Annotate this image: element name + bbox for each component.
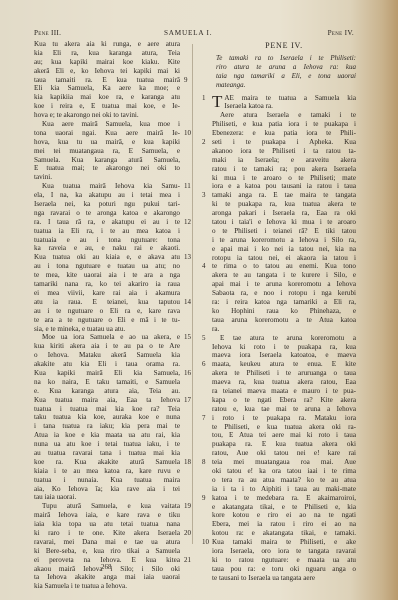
text-line: tuatuaia e au i tona ngutuare: tona	[34, 236, 180, 245]
verse-number: 13	[184, 253, 191, 262]
text-line: nga ravarai o te aronga katoa e akarongo	[34, 209, 180, 218]
verse-number: 5	[202, 334, 206, 343]
line-text: akanoo iora te Philiseti i ta ratou ta-	[212, 147, 356, 155]
line-text: nga ravarai o te aronga katoa e akarongo	[34, 209, 180, 217]
line-text: te rima o to tatou au enemi. Kua tono	[212, 262, 356, 270]
verse-number: 2	[202, 138, 206, 147]
line-text: e apai mai i ko nei ia tatou nei, kia na	[212, 245, 356, 253]
line-text: taua pou ra: e toru oki nguaru anga o	[212, 565, 356, 573]
text-line: Kua tu akera aia ki runga, e aere atura	[34, 40, 180, 49]
line-text: ia i ta i to Aiphiti i taua au maki-mate	[212, 485, 356, 493]
line-text: ko Hophini raua ko Phinehaza, e	[212, 307, 356, 315]
text-line: ra.	[212, 325, 356, 334]
line-text: ratou e, kua tae mai te aruna a Iehova	[212, 405, 356, 413]
line-text: ratou i te tamaki ra; pou akera Iseraela	[212, 165, 356, 173]
text-line: aronga pakari i Iseraela ra, Eaa ra oki	[212, 209, 356, 218]
opening-line: AE maira te tuatua a Samuela kia1	[212, 94, 356, 103]
text-line: te Philiseti, e kua tuatua akera oki ra-	[212, 423, 356, 432]
line-text: ravarai, mei Dana mai e tae ua atura	[34, 538, 180, 546]
line-text: i tana tuatua ra iaku; kia pera mai te	[34, 422, 180, 430]
text-line: apai mai i te aruna koreromotu a Iehova	[212, 280, 356, 289]
line-text: koe ra. Kua akakite aturā Samuela	[34, 458, 180, 466]
line-text: Kua aere mairā Samuela, kua moe i	[42, 120, 180, 128]
line-text: kotou ra: e akatangata tikai, e tamaki.	[212, 529, 356, 537]
verse-number: 12	[184, 218, 191, 227]
text-line: ratou e, kua tae mai te aruna a Iehova	[212, 405, 356, 414]
text-line: o te Philiseti i teianei rā? E tiki tato…	[212, 227, 356, 236]
verse-number: 15	[184, 333, 191, 342]
text-line: ra teianei maeva maata e mauro i te pua-	[212, 387, 356, 396]
line-text: Kua tu akera aia ki runga, e aere atura	[34, 40, 180, 48]
verse-number: 7	[202, 414, 206, 423]
line-text: maki ia Iseraela; e araveitu akera	[212, 156, 356, 164]
text-line: taku tuatua kia koe, auraka koe e nuna	[34, 413, 180, 422]
chapter-summary: Te tamaki ra to Iseraela i te Philiseti:…	[212, 54, 356, 90]
line-text: tamaki anga ra. E tae maira te tangata	[212, 191, 356, 199]
running-head-book-title: SAMUELA I.	[164, 29, 212, 37]
line-text: au tuatua ravarai tana i tuatua mai kia	[34, 449, 180, 457]
line-text: aia, Ko Iehova īa; kia rave aia i tei	[34, 485, 180, 493]
text-line: maki ia Iseraela; e araveitu akera	[212, 156, 356, 165]
text-line: au i te ngutuare o Eli ra e, kare rava	[34, 307, 180, 316]
text-line: tamaki anga ra. E tae maira te tangata3	[212, 191, 356, 200]
chapter-title: PENE IV.	[212, 42, 356, 54]
verse-number: 21	[184, 556, 191, 565]
line-text: Samuela. Kua karanga aturā Samuela,	[34, 156, 180, 164]
verse-number: 3	[202, 191, 206, 200]
line-text: maata, keukeu atura te enua. E kite	[212, 360, 356, 368]
line-text: akera te au tangata i te kurere i Silo, …	[212, 271, 356, 279]
text-line: au tuatua ravarai tana i tuatua mai kia	[34, 449, 180, 458]
line-text: seti i te puakapa i Apheka. Kua	[212, 138, 356, 146]
line-text: puakapa ra. E kua tuatua akera oki	[212, 440, 356, 448]
line-text: o te Philiseti i teianei rā? E tiki tato…	[212, 227, 356, 235]
line-text: au i te ngutuare o Eli ra e, kare rava	[34, 307, 180, 315]
verse-number: 16	[184, 369, 191, 378]
text-line: tau iaia uaorai.	[34, 493, 180, 502]
line-text: akakite atu kia Eli i taua orama ra.	[34, 360, 180, 368]
verse-number: 10	[184, 129, 191, 138]
text-line: ra: i reira katoa nga tamariki a Eli ra,	[212, 298, 356, 307]
line-text: kia Samuela i te tuatua a Iehova.	[34, 582, 127, 590]
line-text: Kua kapiki mairā Eli kia Samuela,	[34, 369, 180, 377]
line-text: Eli kia Samuela, Ka aere ka moe; e	[34, 84, 180, 92]
line-text: au i tona ngutuare e tuatau ua atu; no	[34, 262, 180, 270]
text-line: akera te au tangata i te kurere i Silo, …	[212, 271, 356, 280]
summary-line: mateanga.	[216, 81, 356, 90]
line-text: AE maira te tuatua a Samuela kia	[224, 94, 356, 102]
line-text: na ko naira, E taku tamaiti, e Samuela	[34, 378, 180, 386]
verse-number: 18	[184, 458, 191, 467]
line-text: te mea, kite uaorai aia i te ara a nga	[34, 271, 180, 279]
text-line: seti i te puakapa i Apheka. Kua2	[212, 138, 356, 147]
line-text: kia kapikiia mai koe ra, e karanga atu	[34, 93, 180, 101]
text-line: tuatua i nunaia. Kua tuatua maira	[34, 476, 180, 485]
text-line: te tausani to Iseraela ua tangata aere	[212, 574, 356, 583]
text-line: Kua tuatua mairā Iehova kia Samu-11	[34, 182, 180, 191]
text-line: e apai mai i ko nei ia tatou nei, kia na	[212, 245, 356, 254]
line-text: Ebera, mei ia ratou i riro ei ao na	[212, 520, 356, 528]
text-line: Philiseti, e kua patia iora i te puakapa…	[212, 120, 356, 129]
text-line: te rima o to tatou au enemi. Kua tono4	[212, 262, 356, 271]
text-line: maeva ra, kua tuatua akera ratou, Eaa	[212, 378, 356, 387]
line-text: iaia kia topa ua atu tetai tuatua nana	[34, 520, 180, 528]
text-line: E tuatua mai; te akarongo nei oki to	[34, 164, 180, 173]
line-text: kia Eli ra, kua karanga atura, Teia	[34, 49, 180, 57]
line-text: ki Bere-seba, e, kua riro tikai a Samuel…	[34, 547, 180, 555]
line-text: Sabaota ra, e noo i rotopu i nga kerubi	[212, 289, 356, 297]
line-text: iora e a katoa pou tausani ia ratou i ta…	[212, 182, 356, 190]
line-text: ra. I taua rā ra, e akatupu ei au i te	[34, 218, 180, 226]
text-line: Iseraela nei, ka poturi ngu pukui tari-	[34, 200, 180, 209]
text-line: sia, e te mineka, e tuatau ua atu.	[34, 325, 180, 334]
verse-number: 17	[184, 396, 191, 405]
text-line: ra. I taua rā ra, e akatupu ei au i te12	[34, 218, 180, 227]
text-line: katoa i te medebara ra. E akaimaroiroi,9	[212, 494, 356, 503]
line-text: Moe ua iora Samuela e ao ua akera, e	[42, 333, 180, 341]
line-text: tuatua ia Eli ra, i te au mea katoa i	[34, 227, 180, 235]
text-line: tuatua i tuatua mai kia koe ra? Teia	[34, 405, 180, 414]
line-text: taua aruna koreromotu a te Atua katoa	[212, 316, 356, 324]
text-line: i roto i te puakapa ra. Mataku iora7	[212, 414, 356, 423]
line-text: Iseraela katoa ra.	[224, 102, 273, 110]
line-text: ki to ratou ngutuare: e maata ua atu	[212, 556, 356, 564]
line-text: ra teianei maeva maata e mauro i te pua-	[212, 387, 356, 395]
line-text: kua kiriti akera aia i te au pa o te Are	[34, 342, 180, 350]
text-line: nuna ua atu koe i tetai tuatua iaku, i t…	[34, 440, 180, 449]
text-line: kia kapikiia mai koe ra, e karanga atu	[34, 93, 180, 102]
text-line: tuatua ia Eli ra, i te au mea katoa i	[34, 227, 180, 236]
line-text: hova, kua tu ua mairā, e kua kapiki	[34, 138, 180, 146]
line-text: o Iehova. Mataku akerā Samuela kia	[34, 351, 180, 359]
text-line: kore kotou e riro ei ao na te ngati	[212, 511, 356, 520]
text-line: Kua tamaki maira te Philiseti, e ake10	[212, 538, 356, 547]
chapter-opening: T AE maira te tuatua a Samuela kia1Isera…	[212, 94, 356, 112]
line-text: o tera ra au atua maata? ko te au atua	[212, 476, 356, 484]
line-text: akera te Philiseti i te aruruanga o taua	[212, 369, 356, 377]
text-line: kapa o te ngati Ebera ra? Kite akera	[212, 396, 356, 405]
text-line: akerā Eli e, ko Iehova tei kapiki mai ki	[34, 67, 180, 76]
text-line: Aere atura Iseraela e tamaki i te	[212, 111, 356, 120]
line-text: E tuatua mai; te akarongo nei oki to	[34, 164, 180, 172]
text-line: oki tatou e! ka ora tatou iaai i te rima	[212, 467, 356, 476]
text-line: taua pou ra: e toru oki nguaru anga o	[212, 565, 356, 574]
text-line: hova, kua tu ua mairā, e kua kapiki	[34, 138, 180, 147]
text-line: ki raro i te one. Kite akera Iseraela20	[34, 529, 180, 538]
line-text: Aere atura Iseraela e tamaki i te	[220, 111, 356, 119]
line-text: ei mea viivii, kare rai aia i akamura	[34, 289, 180, 297]
text-line: Kua kapiki mairā Eli kia Samuela,16	[34, 369, 180, 378]
line-text: te tausani to Iseraela ua tangata aere	[212, 574, 315, 582]
text-line: tatou i taia'i e Iehova ki mua i te aroa…	[212, 218, 356, 227]
line-text: Iseraela nei, ka poturi ngu pukui tari-	[34, 200, 180, 208]
text-line: na ko naira, E taku tamaiti, e Samuela	[34, 378, 180, 387]
line-text: tavini.	[34, 173, 52, 181]
text-line: tou, E Atua tei aere mai ki roto i taua	[212, 431, 356, 440]
text-line: kia Samuela i te tuatua a Iehova.	[34, 582, 180, 591]
text-line: hova e; te akarongo nei oki to tavini.	[34, 111, 180, 120]
text-line: maeva iora Iseraela katoatoa, e maeva	[212, 351, 356, 360]
text-line: ratou i te tamaki ra; pou akera Iseraela	[212, 165, 356, 174]
text-line: ki te puakapa ra, kua tuatua akera te	[212, 200, 356, 209]
line-text: kiaia i te au mea katoa ra, kare ruvu e	[34, 467, 180, 475]
text-line: Tupu aturā Samuela, e kua vaitata19	[34, 502, 180, 511]
line-text: taua tamaiti ra. E kua tuatua mairā	[34, 76, 180, 84]
verse-number: 6	[202, 360, 206, 369]
text-line: iora Iseraela, oro iora te tangata ravar…	[212, 547, 356, 556]
text-line: ka raveia e au, e naku rai e akaoti.	[34, 244, 180, 253]
text-line: ki Bere-seba, e, kua riro tikai a Samuel…	[34, 547, 180, 556]
line-text: koe i reira e, E tuatua mai koe, e Ie-	[34, 102, 180, 110]
text-line: kia Eli ra, kua karanga atura, Teia	[34, 49, 180, 58]
text-line: kua kiriti akera aia i te au pa o te Are	[34, 342, 180, 351]
text-line: koe ra. Kua akakite aturā Samuela18	[34, 458, 180, 467]
right-column: PENE IV. Te tamaki ra to Iseraela i te P…	[212, 40, 356, 583]
text-line: aia, Ko Iehova īa; kia rave aia i tei	[34, 485, 180, 494]
line-text: akerā Eli e, ko Iehova tei kapiki mai ki	[34, 67, 180, 75]
text-line: Kua aere mairā Samuela, kua moe i	[34, 120, 180, 129]
text-line: Sabaota ra, e noo i rotopu i nga kerubi	[212, 289, 356, 298]
text-line: au i tona ngutuare e tuatau ua atu; no	[34, 262, 180, 271]
text-line: akanoo iora te Philiseti i ta ratou ta-	[212, 147, 356, 156]
verse-number: 1	[202, 94, 206, 103]
line-text: ra.	[212, 325, 219, 333]
line-text: ki mua i te aroaro o te Philiseti; mate	[212, 174, 356, 182]
line-text: aronga pakari i Iseraela ra, Eaa ra oki	[212, 209, 356, 217]
text-line: kiaia i te au mea katoa ra, kare ruvu e	[34, 467, 180, 476]
line-text: Kua tuatua maira aia, Eaa ta Iehova	[34, 396, 180, 404]
text-line: puakapa ra. E kua tuatua akera oki	[212, 440, 356, 449]
line-text: rotopu ia tatou nei, ei akaora ia tatou …	[212, 254, 356, 262]
opening-line: Iseraela katoa ra.	[212, 102, 356, 111]
line-text: Atua ia koe e kia maata ua atu rai, kia	[34, 431, 180, 439]
text-line: Kua tuatua maira aia, Eaa ta Iehova17	[34, 396, 180, 405]
text-line: iora e a katoa pou tausani ia ratou i ta…	[212, 182, 356, 191]
text-line: te mea, kite uaorai aia i te ara a nga	[34, 271, 180, 280]
verse-number: 19	[184, 502, 191, 511]
text-line: ela, I na, ka akatupu au i tetai mea i	[34, 191, 180, 200]
line-text: mei tei muatangaua ra, E Samuela, e	[34, 147, 180, 155]
text-line: iaia kia topa ua atu tetai tuatua nana	[34, 520, 180, 529]
text-line: koe i reira e, E tuatua mai koe, e Ie-	[34, 102, 180, 111]
column-divider	[192, 44, 193, 544]
book-page: Pene III. SAMUELA I. Pene IV. Kua tu ake…	[0, 0, 398, 600]
text-line: Eli kia Samuela, Ka aere ka moe; e	[34, 84, 180, 93]
text-line: teia mei muatangaua roa mai. Aue8	[212, 458, 356, 467]
text-line: akera te Philiseti i te aruruanga o taua	[212, 369, 356, 378]
line-text: i te aruna koreromotu a Iehova i Silo ra…	[212, 236, 356, 244]
text-line: atu ia raua. E teianei, kua taputou14	[34, 298, 180, 307]
text-line: ravarai, mei Dana mai e tae ua atura	[34, 538, 180, 547]
line-text: kapa o te ngati Ebera ra? Kite akera	[212, 396, 356, 404]
verse-number: 8	[202, 458, 206, 467]
text-line: mei tei muatangaua ra, E Samuela, e	[34, 147, 180, 156]
summary-line: taia nga tamariki a Eli, e tona uaorai	[216, 72, 356, 81]
line-text: maeva iora Iseraela katoatoa, e maeva	[212, 351, 356, 359]
line-text: ratou, Aue oki tatou nei e! kare rai	[212, 449, 356, 457]
line-text: te ara a te ngutuare o Eli e mā i te tu-	[34, 316, 180, 324]
left-column: Kua tu akera aia ki runga, e aere aturak…	[34, 40, 180, 591]
line-text: ela, I na, ka akatupu au i tetai mea i	[34, 191, 180, 199]
text-line: tamariki nana ra, ko tei akariro ia raua	[34, 280, 180, 289]
line-text: Philiseti, e kua patia iora i te puakapa…	[212, 120, 356, 128]
line-text: tou, E Atua tei aere mai ki roto i taua	[212, 431, 356, 439]
line-text: te Philiseti, e kua tuatua akera oki ra-	[212, 423, 356, 431]
text-line: te ara a te ngutuare o Eli e mā i te tu-	[34, 316, 180, 325]
text-line: i te aruna koreromotu a Iehova i Silo ra…	[212, 236, 356, 245]
running-head-right: Pene IV.	[328, 29, 354, 37]
line-text: ki te puakapa ra, kua tuatua akera te	[212, 200, 356, 208]
verse-number: 9	[202, 494, 206, 503]
line-text: au; kua kapiki mairai koe kiaku. Kite	[34, 58, 180, 66]
text-line: rotopu ia tatou nei, ei akaora ia tatou …	[212, 254, 356, 263]
line-text: tona uaorai ngai. Kua aere mairā Ie-	[34, 129, 180, 137]
summary-line: riro atura te aruna a Iehova ra: kua	[216, 63, 356, 72]
summary-line: Te tamaki ra to Iseraela i te Philiseti:	[216, 54, 356, 63]
verse-number: 20	[184, 529, 191, 538]
line-text: oki tatou e! ka ora tatou iaai i te rima	[212, 467, 356, 475]
running-head-left: Pene III.	[34, 29, 61, 37]
line-text: hova e; te akarongo nei oki to tavini.	[34, 111, 139, 119]
text-line: au; kua kapiki mairai koe kiaku. Kite	[34, 58, 180, 67]
right-column-body: Aere atura Iseraela e tamaki i tePhilise…	[212, 111, 356, 582]
verse-number: 14	[184, 298, 191, 307]
line-text: Kua tuatua mairā Iehova kia Samu-	[42, 182, 180, 190]
text-line: mairā Iehova iaia, e kare rava e tiku	[34, 511, 180, 520]
verse-number: 9	[184, 76, 188, 85]
line-text: ra: i reira katoa nga tamariki a Eli ra,	[212, 298, 356, 306]
line-text: katoa i te medebara ra. E akaimaroiroi,	[212, 494, 356, 502]
text-line: o Iehova. Mataku akerā Samuela kia	[34, 351, 180, 360]
text-line: ta Iehova akakite anga mai iaia uaorai	[34, 573, 180, 582]
line-text: tau iaia uaorai.	[34, 493, 76, 501]
line-text: tuatua i nunaia. Kua tuatua maira	[34, 476, 180, 484]
line-text: mairā Iehova iaia, e kare rava e tiku	[34, 511, 180, 519]
line-text: apai mai i te aruna koreromotu a Iehova	[212, 280, 356, 288]
line-text: kore kotou e riro ei ao na te ngati	[212, 511, 356, 519]
line-text: e akatangata tikai, e te Philiseti e, ki…	[212, 503, 356, 511]
line-text: tamariki nana ra, ko tei akariro ia raua	[34, 280, 180, 288]
text-line: ia i ta i to Aiphiti i taua au maki-mate	[212, 485, 356, 494]
text-line: ki mua i te aroaro o te Philiseti; mate	[212, 174, 356, 183]
text-line: e akatangata tikai, e te Philiseti e, ki…	[212, 503, 356, 512]
text-line: maata, keukeu atura te enua. E kite6	[212, 360, 356, 369]
line-text: Kua tuatua oki au kiaia e, e akava atu	[34, 253, 180, 261]
line-text: Kua tamaki maira te Philiseti, e ake	[212, 538, 356, 546]
text-line: akakite atu kia Eli i taua orama ra.	[34, 360, 180, 369]
line-text: sia, e te mineka, e tuatau ua atu.	[34, 325, 125, 333]
line-text: Iehova ki roto i te puakapa ra, kua	[212, 343, 356, 351]
text-line: ki to ratou ngutuare: e maata ua atu	[212, 556, 356, 565]
line-text: teia mei muatangaua roa mai. Aue	[212, 458, 356, 466]
text-line: tona uaorai ngai. Kua aere mairā Ie-10	[34, 129, 180, 138]
page-number: 268	[101, 563, 112, 571]
line-text: E tae atura te aruna koreromotu a	[220, 334, 356, 342]
text-line: e. Kua karanga atura aia, Teia au.	[34, 387, 180, 396]
line-text: tuatua i tuatua mai kia koe ra? Teia	[34, 405, 180, 413]
text-line: taua tamaiti ra. E kua tuatua mairā9	[34, 76, 180, 85]
line-text: i roto i te puakapa ra. Mataku iora	[212, 414, 356, 422]
line-text: tatou i taia'i e Iehova ki mua i te aroa…	[212, 218, 356, 226]
text-line: E tae atura te aruna koreromotu a5	[212, 334, 356, 343]
text-line: Ebera, mei ia ratou i riro ei ao na	[212, 520, 356, 529]
line-text: atu ia raua. E teianei, kua taputou	[34, 298, 180, 306]
line-text: ta Iehova akakite anga mai iaia uaorai	[34, 573, 180, 581]
text-line: ko Hophini raua ko Phinehaza, e	[212, 307, 356, 316]
text-line: Moe ua iora Samuela e ao ua akera, e15	[34, 333, 180, 342]
line-text: tuatuaia e au i tona ngutuare: tona	[34, 236, 180, 244]
text-line: Iehova ki roto i te puakapa ra, kua	[212, 343, 356, 352]
verse-number: 10	[202, 538, 209, 547]
text-line: tavini.	[34, 173, 180, 182]
line-text: nuna ua atu koe i tetai tuatua iaku, i t…	[34, 440, 180, 448]
text-line: ratou, Aue oki tatou nei e! kare rai	[212, 449, 356, 458]
line-text: ki raro i te one. Kite akera Iseraela	[34, 529, 180, 537]
text-line: Kua tuatua oki au kiaia e, e akava atu13	[34, 253, 180, 262]
line-text: taku tuatua kia koe, auraka koe e nuna	[34, 413, 180, 421]
text-line: ei mea viivii, kare rai aia i akamura	[34, 289, 180, 298]
text-line: kotou ra: e akatangata tikai, e tamaki.	[212, 529, 356, 538]
line-text: Ebenezera: e kua patia iora te Phili-	[212, 129, 356, 137]
verse-number: 4	[202, 262, 206, 271]
line-text: Tupu aturā Samuela, e kua vaitata	[42, 502, 180, 510]
text-line: Ebenezera: e kua patia iora te Phili-	[212, 129, 356, 138]
line-text: maeva ra, kua tuatua akera ratou, Eaa	[212, 378, 356, 386]
text-line: taua aruna koreromotu a te Atua katoa	[212, 316, 356, 325]
line-text: ka raveia e au, e naku rai e akaoti.	[34, 244, 180, 252]
text-line: o tera ra au atua maata? ko te au atua	[212, 476, 356, 485]
text-line: Atua ia koe e kia maata ua atu rai, kia	[34, 431, 180, 440]
text-line: Samuela. Kua karanga aturā Samuela,	[34, 156, 180, 165]
line-text: e. Kua karanga atura aia, Teia au.	[34, 387, 180, 395]
verse-number: 11	[184, 182, 191, 191]
text-line: i tana tuatua ra iaku; kia pera mai te	[34, 422, 180, 431]
line-text: iora Iseraela, oro iora te tangata ravar…	[212, 547, 356, 555]
